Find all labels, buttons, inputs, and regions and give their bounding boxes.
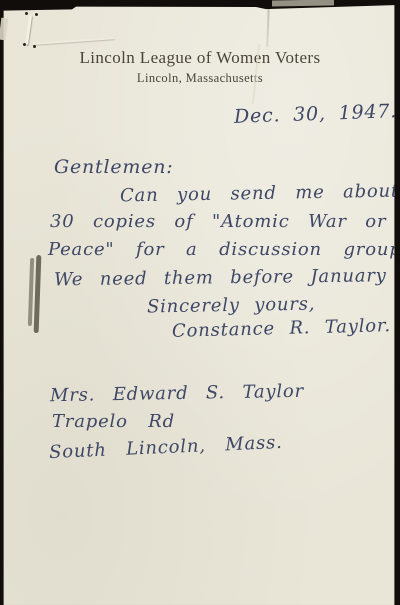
salutation-line: Gentlemen: bbox=[54, 157, 174, 178]
letterhead-location: Lincoln, Massachusetts bbox=[0, 71, 400, 86]
letter-paper: Lincoln League of Women Voters Lincoln, … bbox=[0, 0, 400, 605]
paperclip-mark-shadow bbox=[34, 255, 41, 333]
body-line-2: 30 copies of "Atomic War or bbox=[50, 212, 386, 232]
letterhead-organization: Lincoln League of Women Voters bbox=[0, 48, 400, 68]
date-line: Dec. 30, 1947. bbox=[234, 101, 398, 128]
body-line-4: We need them before January 15. bbox=[54, 266, 400, 290]
closing-line: Sincerely yours, bbox=[147, 295, 316, 318]
recipient-street-line: Trapelo Rd bbox=[52, 412, 175, 432]
staple-hole bbox=[25, 12, 28, 15]
fold-crease bbox=[266, 7, 269, 47]
body-line-3: Peace" for a discussion group? bbox=[48, 240, 400, 260]
letterhead: Lincoln League of Women Voters Lincoln, … bbox=[0, 48, 400, 86]
tear-crease bbox=[33, 37, 115, 44]
staple-hole bbox=[35, 13, 38, 16]
staple-hole bbox=[33, 45, 36, 48]
scanned-letter-page: Lincoln League of Women Voters Lincoln, … bbox=[0, 0, 400, 605]
staple-crease bbox=[25, 15, 32, 45]
recipient-city-line: South Lincoln, Mass. bbox=[49, 433, 283, 463]
body-line-1: Can you send me about bbox=[120, 182, 399, 207]
staple-hole bbox=[23, 43, 26, 46]
paperclip-mark bbox=[29, 255, 43, 335]
signature-line: Constance R. Taylor. bbox=[172, 316, 391, 342]
recipient-name-line: Mrs. Edward S. Taylor bbox=[50, 382, 304, 406]
paper-edge-sliver bbox=[272, 0, 334, 7]
